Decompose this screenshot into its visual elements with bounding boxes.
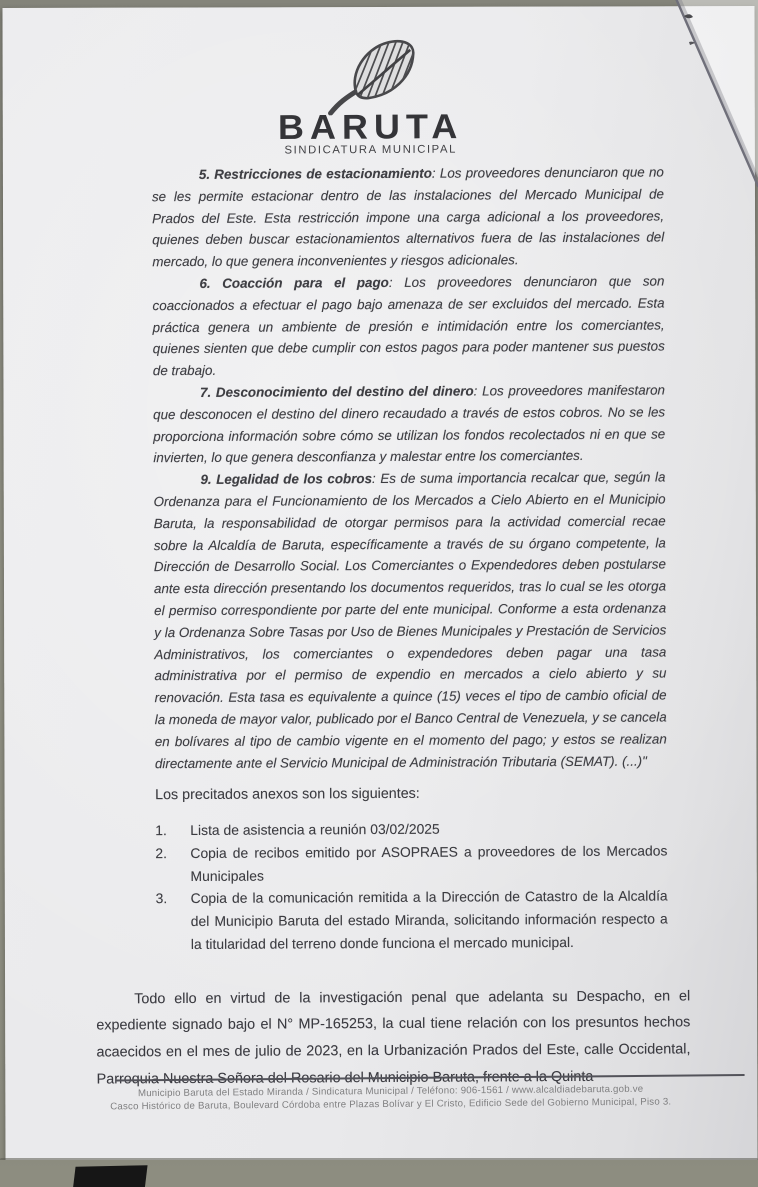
list-item: 2. Copia de recibos emitido por ASOPRAES… (155, 840, 667, 888)
list-item-text: Copia de la comunicación remitida a la D… (191, 885, 668, 956)
paragraph-text: : Es de suma importancia recalcar que, s… (154, 470, 667, 771)
document-body: 5. Restricciones de estacionamiento: Los… (2, 161, 758, 1094)
quote-paragraph-5: 5. Restricciones de estacionamiento: Los… (152, 162, 665, 274)
page-content: BARUTA SINDICATURA MUNICIPAL 5. Restricc… (1, 5, 758, 1164)
paragraph-number-title: 6. Coacción para el pago (199, 275, 388, 291)
paragraph-number-title: 5. Restricciones de estacionamiento (199, 166, 432, 182)
list-item: 1. Lista de asistencia a reunión 03/02/2… (155, 817, 667, 842)
annex-intro: Los precitados anexos son los siguientes… (155, 782, 667, 807)
scanned-page: BARUTA SINDICATURA MUNICIPAL 5. Restricc… (2, 6, 757, 1163)
list-item-text: Lista de asistencia a reunión 03/02/2025 (190, 817, 667, 842)
quoted-block: 5. Restricciones de estacionamiento: Los… (152, 162, 667, 775)
paragraph-number-title: 7. Desconocimiento del destino del diner… (200, 383, 474, 399)
paragraph-number-title: 9. Legalidad de los cobros (200, 471, 372, 487)
letterhead: BARUTA SINDICATURA MUNICIPAL (1, 35, 740, 159)
background-black-mark (72, 1165, 147, 1187)
list-item-number: 3. (156, 887, 191, 955)
quote-paragraph-7: 7. Desconocimiento del destino del diner… (153, 379, 665, 469)
annex-list: 1. Lista de asistencia a reunión 03/02/2… (155, 817, 668, 956)
leaf-icon (318, 37, 422, 116)
list-item: 3. Copia de la comunicación remitida a l… (156, 885, 668, 956)
list-item-number: 1. (155, 819, 190, 842)
list-item-number: 2. (155, 842, 190, 888)
brand-title: BARUTA (2, 110, 740, 145)
page-footer: Municipio Baruta del Estado Miranda / Si… (43, 1082, 739, 1114)
quote-paragraph-9: 9. Legalidad de los cobros: Es de suma i… (153, 467, 667, 775)
quote-paragraph-6: 6. Coacción para el pago: Los proveedore… (152, 270, 665, 382)
list-item-text: Copia de recibos emitido por ASOPRAES a … (190, 840, 667, 888)
